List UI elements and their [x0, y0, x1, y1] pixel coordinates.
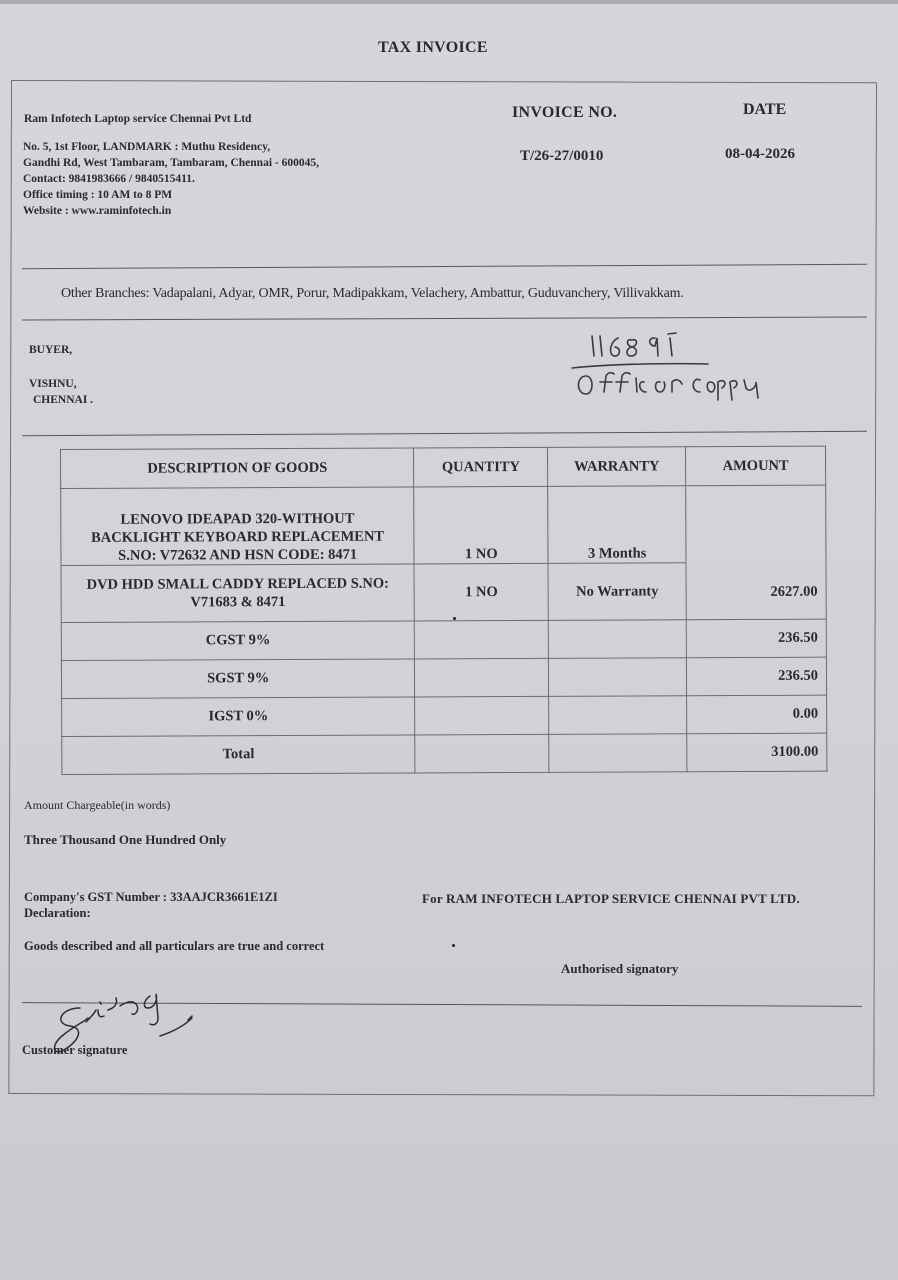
- empty-cell: [415, 734, 549, 773]
- item-quantity: 1 NO: [414, 563, 548, 621]
- office-timing-line: Office timing : 10 AM to 8 PM: [23, 187, 319, 203]
- address-line: Gandhi Rd, West Tambaram, Tambaram, Chen…: [23, 155, 319, 171]
- for-company: For RAM INFOTECH LAPTOP SERVICE CHENNAI …: [422, 891, 800, 907]
- website-line: Website : www.raminfotech.in: [23, 203, 319, 219]
- table-row: LENOVO IDEAPAD 320-WITHOUT BACKLIGHT KEY…: [61, 485, 826, 565]
- amount-words-label: Amount Chargeable(in words): [24, 798, 170, 813]
- address-line: No. 5, 1st Floor, LANDMARK : Muthu Resid…: [23, 139, 319, 155]
- invoice-number: T/26-27/0010: [520, 148, 603, 165]
- declaration-label: Declaration:: [24, 905, 278, 921]
- seller-name: Ram Infotech Laptop service Chennai Pvt …: [24, 113, 251, 125]
- empty-cell: [415, 658, 549, 697]
- contact-line: Contact: 9841983666 / 9840515411.: [23, 171, 319, 187]
- total-row: Total 3100.00: [62, 733, 827, 774]
- description-line: DVD HDD SMALL CADDY REPLACED S.NO:: [68, 574, 408, 593]
- total-amount: 3100.00: [687, 733, 827, 772]
- paper-top-edge: [0, 0, 898, 4]
- description-line: LENOVO IDEAPAD 320-WITHOUT: [67, 509, 407, 528]
- empty-cell: [415, 620, 549, 659]
- header-amount: AMOUNT: [686, 446, 826, 486]
- tax-amount: 236.50: [686, 619, 826, 658]
- description-line: BACKLIGHT KEYBOARD REPLACEMENT: [67, 527, 407, 546]
- buyer-details: VISHNU, CHENNAI .: [29, 376, 93, 408]
- item-warranty: No Warranty: [548, 563, 686, 621]
- header-quantity: QUANTITY: [414, 447, 548, 487]
- item-warranty: 3 Months: [548, 486, 686, 564]
- ink-dot: [453, 617, 456, 620]
- document-title: TAX INVOICE: [378, 39, 488, 57]
- other-branches: Other Branches: Vadapalani, Adyar, OMR, …: [61, 286, 684, 302]
- buyer-name: VISHNU,: [29, 376, 93, 392]
- item-description: LENOVO IDEAPAD 320-WITHOUT BACKLIGHT KEY…: [61, 487, 415, 566]
- gst-and-declaration: Company's GST Number : 33AAJCR3661E1ZI D…: [24, 889, 278, 921]
- seller-address: No. 5, 1st Floor, LANDMARK : Muthu Resid…: [23, 139, 319, 219]
- tax-amount: 236.50: [687, 657, 827, 696]
- tax-row-igst: IGST 0% 0.00: [62, 695, 827, 736]
- handwritten-office-copy-note: [560, 326, 790, 406]
- invoice-number-label: INVOICE NO.: [512, 104, 617, 122]
- item-description: DVD HDD SMALL CADDY REPLACED S.NO: V7168…: [61, 564, 415, 623]
- date-label: DATE: [743, 101, 786, 119]
- items-amount: 2627.00: [686, 485, 826, 620]
- tax-label: CGST 9%: [61, 621, 415, 661]
- empty-cell: [549, 658, 687, 697]
- tax-label: SGST 9%: [61, 659, 415, 699]
- gst-number: Company's GST Number : 33AAJCR3661E1ZI: [24, 889, 278, 905]
- buyer-label: BUYER,: [29, 344, 72, 356]
- empty-cell: [549, 734, 687, 773]
- header-description: DESCRIPTION OF GOODS: [61, 448, 415, 489]
- authorised-signatory: Authorised signatory: [561, 961, 678, 977]
- ink-dot: [452, 944, 455, 947]
- invoice-date: 08-04-2026: [725, 146, 795, 163]
- header-warranty: WARRANTY: [548, 447, 686, 487]
- amount-in-words: Three Thousand One Hundred Only: [24, 832, 226, 848]
- empty-cell: [415, 696, 549, 735]
- description-line: S.NO: V72632 AND HSN CODE: 8471: [67, 545, 407, 564]
- tax-label: IGST 0%: [62, 697, 416, 737]
- item-quantity: 1 NO: [414, 486, 548, 564]
- tax-row-cgst: CGST 9% 236.50: [61, 619, 826, 660]
- empty-cell: [549, 620, 687, 659]
- description-line: V71683 & 8471: [68, 592, 408, 611]
- table-header-row: DESCRIPTION OF GOODS QUANTITY WARRANTY A…: [61, 446, 826, 488]
- declaration-text: Goods described and all particulars are …: [24, 939, 324, 954]
- tax-row-sgst: SGST 9% 236.50: [61, 657, 826, 698]
- customer-signature-label: Customer signature: [22, 1043, 127, 1058]
- buyer-city: CHENNAI .: [29, 392, 93, 408]
- empty-cell: [549, 696, 687, 735]
- tax-amount: 0.00: [687, 695, 827, 734]
- total-label: Total: [62, 735, 416, 775]
- items-table: DESCRIPTION OF GOODS QUANTITY WARRANTY A…: [60, 446, 827, 775]
